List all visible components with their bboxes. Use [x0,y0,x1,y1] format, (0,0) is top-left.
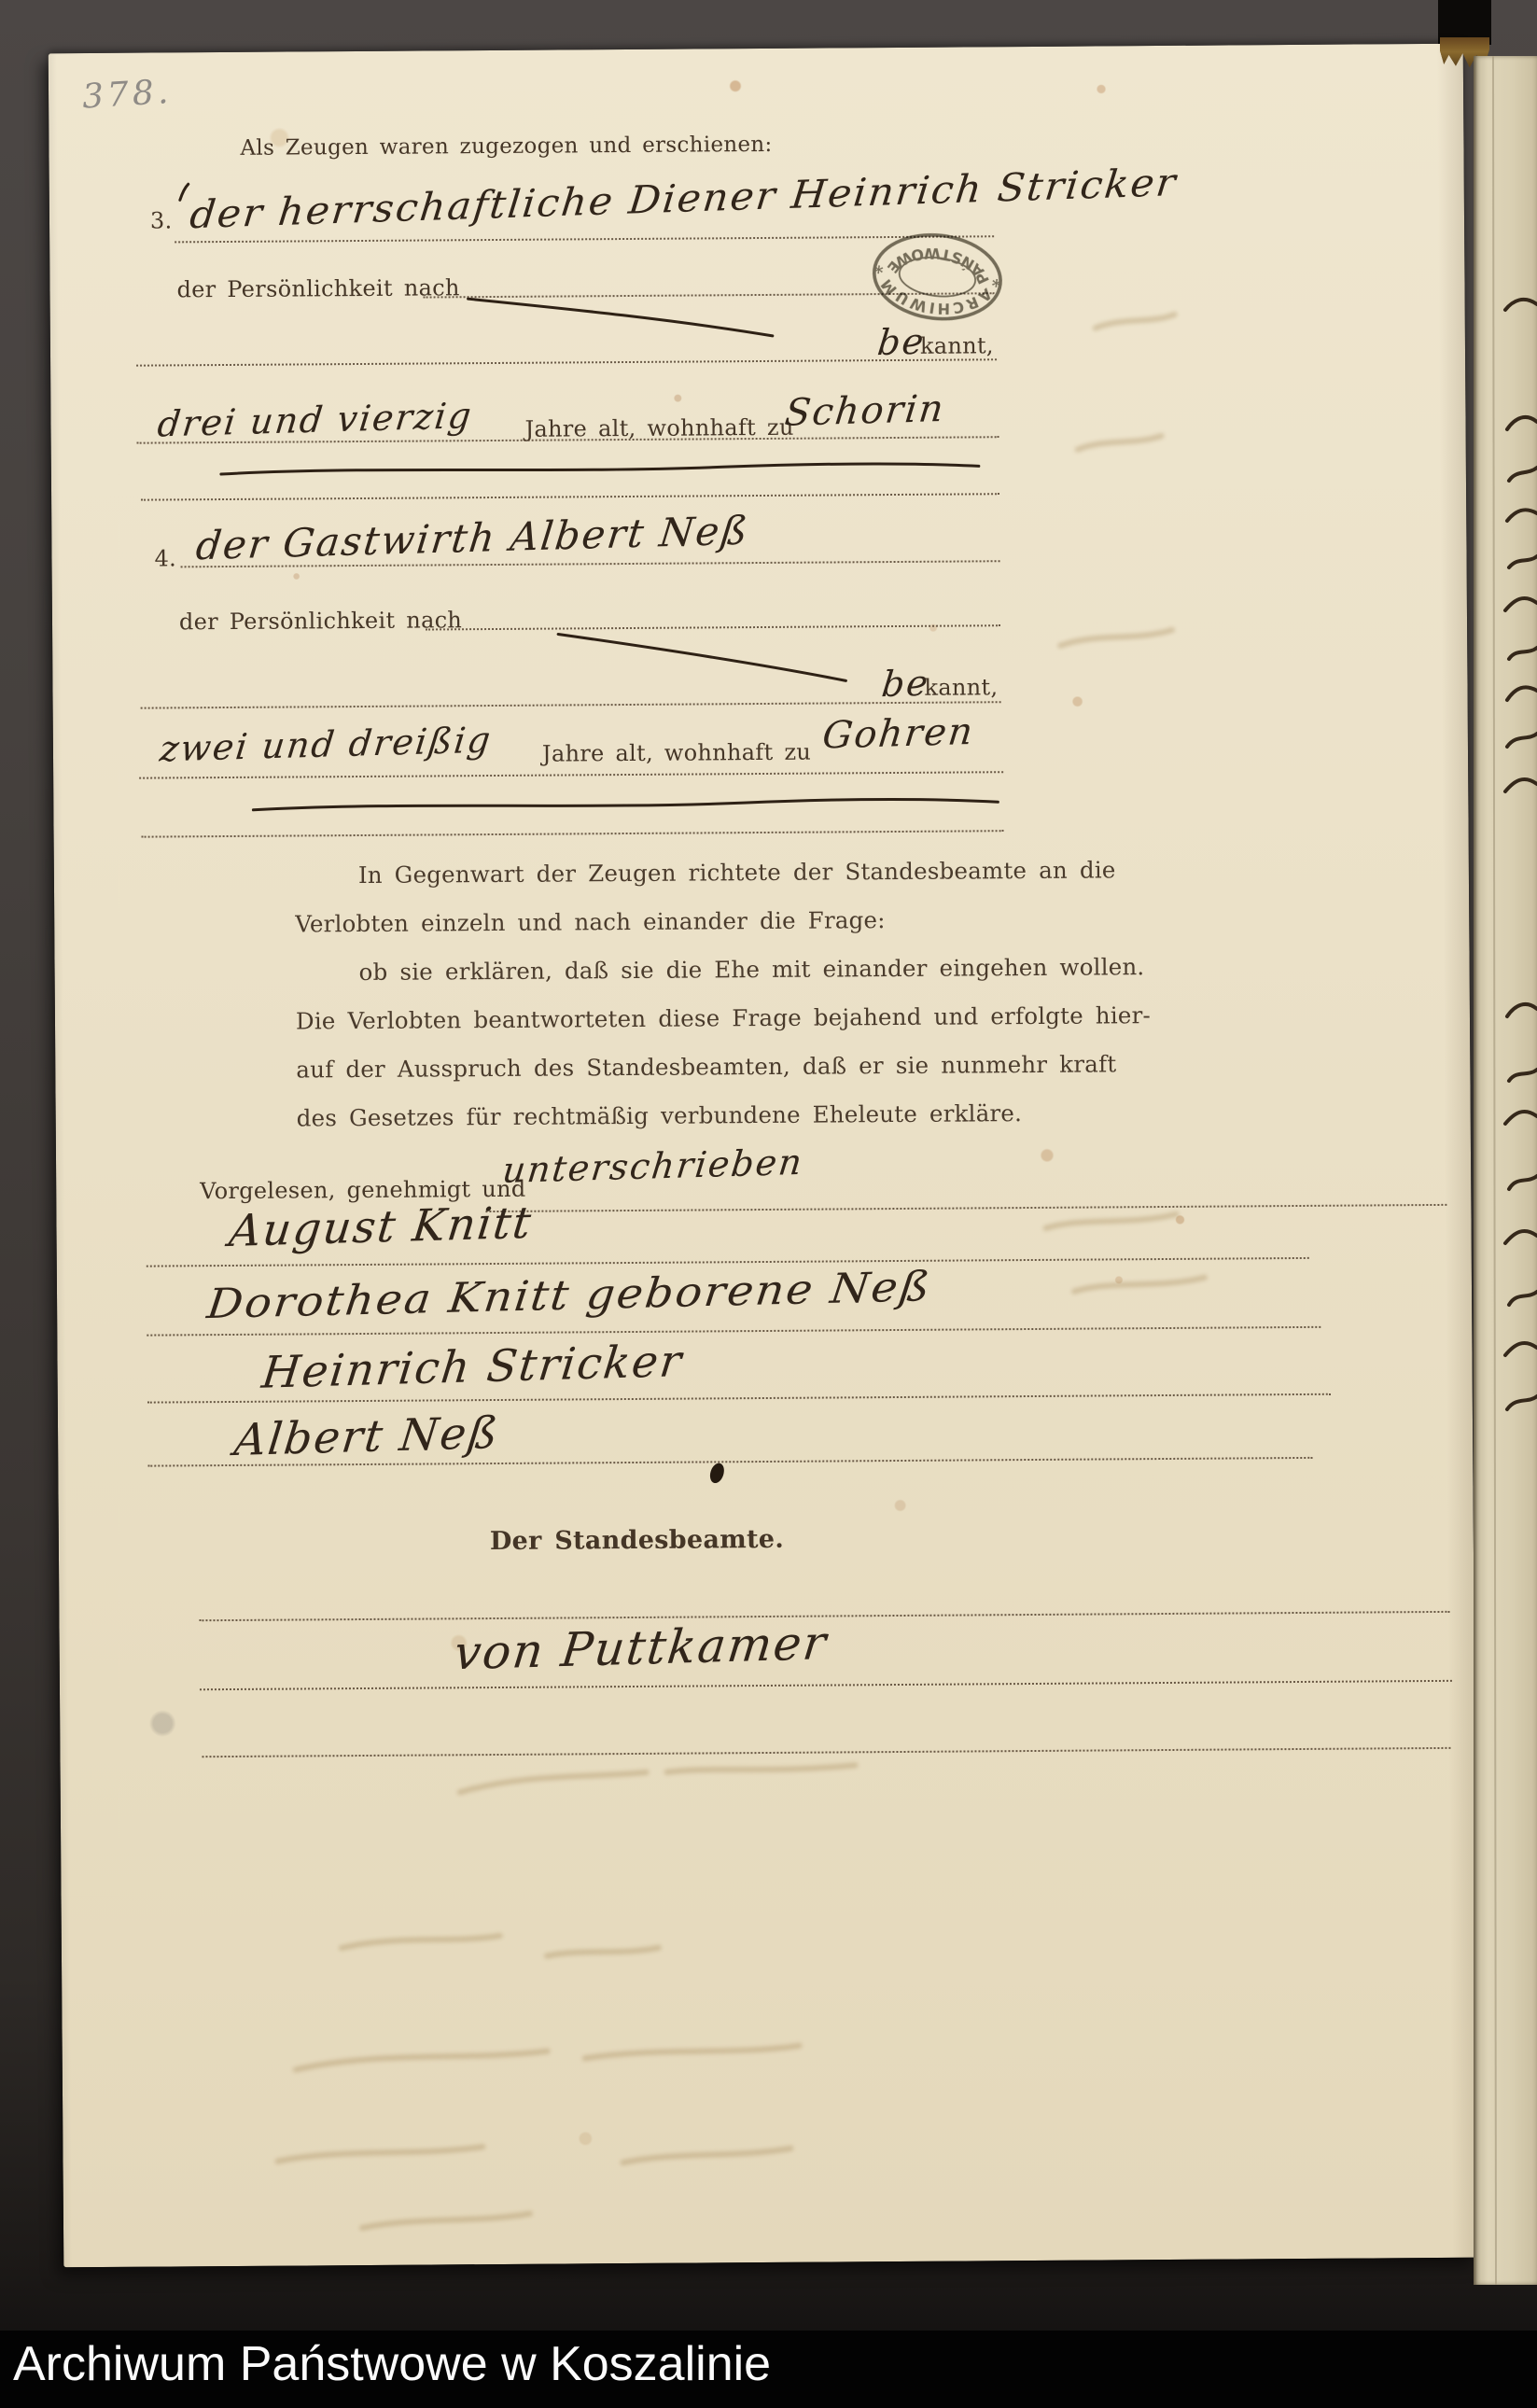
declaration-line: Die Verlobten beantworteten diese Frage … [296,1001,1151,1034]
declaration-line: In Gegenwart der Zeugen richtete der Sta… [358,856,1116,889]
dotted-rule [141,701,1001,708]
witness4-name-entry: der Gastwirth Albert Neß [194,508,752,569]
blank-strikethrough-witness4 [558,632,845,682]
declaration-paragraph: In Gegenwart der Zeugen richtete der Sta… [49,44,1463,54]
dotted-rule [200,1680,1452,1690]
dotted-rule [175,235,994,243]
dotted-rule [485,1204,1446,1212]
witness4-block: 4. der Gastwirth Albert Neß der Persönli… [49,44,1463,54]
closing-block: Vorgelesen, genehmigt und unterschrieben… [49,44,1463,54]
dotted-rule [141,493,999,500]
hand-ruled-line-witness4 [253,799,998,810]
witness4-residence-entry: Gohren [820,710,976,758]
unterschrieben-handwritten: unterschrieben [500,1141,805,1191]
dotted-rule [426,624,1000,630]
witness3-identity-label: der Persönlichkeit nach [176,274,459,302]
dotted-rule [139,771,1003,778]
blank-strikethrough-witness3 [468,297,773,338]
declaration-line: des Gesetzes für rechtmäßig verbundene E… [297,1099,1023,1131]
declaration-line: Verlobten einzeln und nach einander die … [295,906,886,937]
document-page: 378. Als Zeugen waren zugezogen und ersc… [49,44,1479,2268]
witness4-age-label: Jahre alt, wohnhaft zu [542,739,811,767]
dotted-rule [147,1257,1309,1267]
witnesses-header: Als Zeugen waren zugezogen und erschiene… [240,133,772,161]
witness4-identity-label: der Persönlichkeit nach [179,607,462,635]
witness4-age-entry: zwei und dreißig [158,719,494,769]
witness4-index: 4. [154,545,176,571]
stray-pen-mark [180,184,189,200]
dotted-rule [202,1747,1450,1757]
ink-blot [707,1462,726,1485]
declaration-line: auf der Ausspruch des Standesbeamten, da… [296,1050,1116,1083]
witness3-index: 3. [150,207,173,233]
signature-witness3: Heinrich Stricker [259,1336,686,1399]
witness3-age-entry: drei und vierzig [156,395,475,445]
registrar-title: Der Standesbeamte. [490,1525,784,1556]
witness4-kannt-label: kannt, [924,674,998,701]
declaration-line: ob sie erklären, daß sie die Ehe mit ein… [359,953,1145,986]
dotted-rule [147,1326,1320,1337]
svg-text:PAŃSTWOWE: PAŃSTWOWE [882,238,997,288]
dotted-rule [142,830,1004,837]
hand-ruled-line-witness3 [221,463,979,474]
stamp-text-bottom: PAŃSTWOWE [882,238,997,288]
archive-oval-stamp: ARCHIWUM PAŃSTWOWE * * [864,223,1011,331]
archive-name-label: Archiwum Państwowe w Koszalinie [13,2336,771,2392]
witness3-residence-entry: Schorin [783,387,947,435]
dotted-rule [136,358,997,366]
signature-groom: August Knitt [227,1197,536,1257]
stamp-graphic: ARCHIWUM PAŃSTWOWE * * [864,223,1011,331]
registrar-signature: von Puttkamer [452,1616,831,1680]
adjacent-page-strokes [1474,56,1537,2285]
witness3-block: 3. der herrschaftliche Diener Heinrich S… [49,44,1463,54]
archive-footer-bar: Archiwum Państwowe w Koszalinie [0,2331,1537,2408]
photographed-register-page: { "page": { "page_number": "378.", "head… [0,0,1537,2408]
stamp-star-right: * [873,256,885,277]
witness3-name-entry: der herrschaftliche Diener Heinrich Stri… [188,160,1180,237]
signature-witness4: Albert Neß [231,1407,502,1466]
stamp-star-left: * [991,270,1002,291]
witness3-kannt-label: kannt, [920,332,994,359]
signature-bride: Dorothea Knitt geborene Neß [204,1263,934,1328]
adjacent-page-edge [1474,56,1537,2285]
page-number-pencil: 378. [81,73,173,117]
